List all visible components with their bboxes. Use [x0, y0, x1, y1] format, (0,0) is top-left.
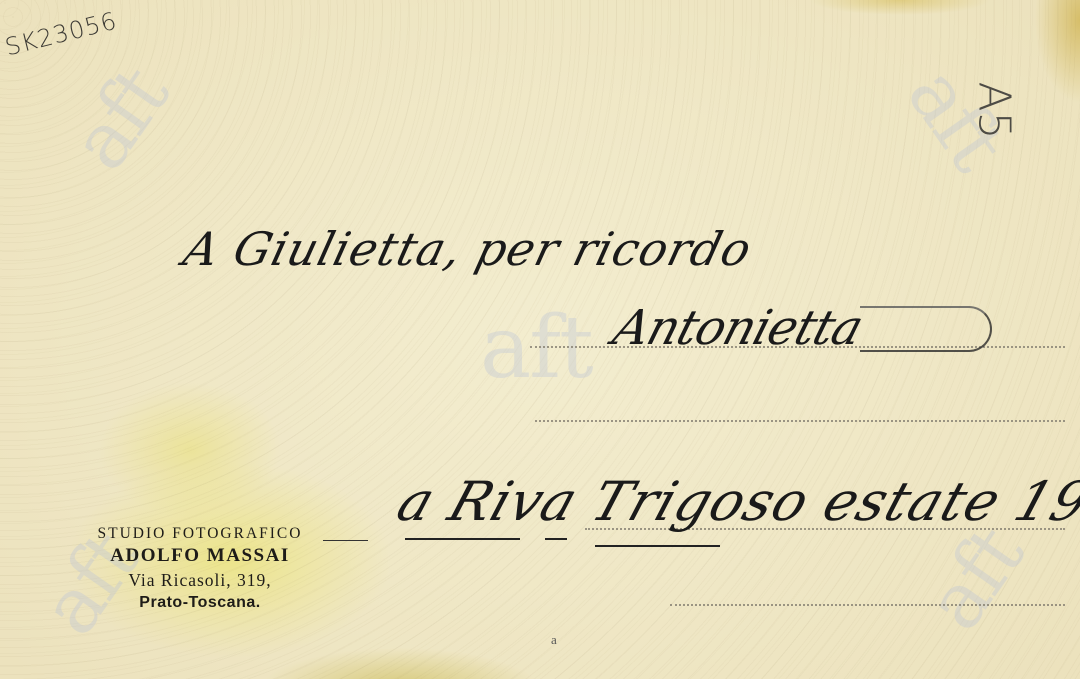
handwritten-signature: Antonietta: [607, 300, 869, 356]
watermark: aft: [480, 305, 592, 391]
watermark: aft: [60, 55, 182, 182]
photo-card-back: aft aft aft aft aft SK23056 A5 A Giuliet…: [0, 0, 1080, 679]
small-printed-mark: a: [551, 632, 557, 648]
dotted-line: [535, 420, 1065, 422]
inventory-number: SK23056: [2, 7, 120, 62]
handwritten-place-date: a Riva Trigoso estate 1921: [390, 470, 1080, 533]
studio-label: STUDIO FOTOGRAFICO: [80, 525, 320, 543]
corner-mark: A5: [969, 81, 1020, 139]
dotted-line: [670, 604, 1065, 606]
signature-flourish: [860, 306, 992, 352]
handwritten-dedication: A Giulietta, per ricordo: [178, 222, 757, 276]
underline: [405, 538, 520, 540]
underline: [545, 538, 567, 540]
watermark: aft: [915, 515, 1037, 642]
studio-city: Prato-Toscana.: [80, 594, 320, 612]
studio-address: Via Ricasoli, 319,: [80, 570, 320, 591]
stamp-rule: [323, 540, 368, 541]
underline: [595, 545, 720, 547]
photographer-name: ADOLFO MASSAI: [80, 545, 320, 567]
studio-stamp: STUDIO FOTOGRAFICO ADOLFO MASSAI Via Ric…: [80, 525, 320, 612]
